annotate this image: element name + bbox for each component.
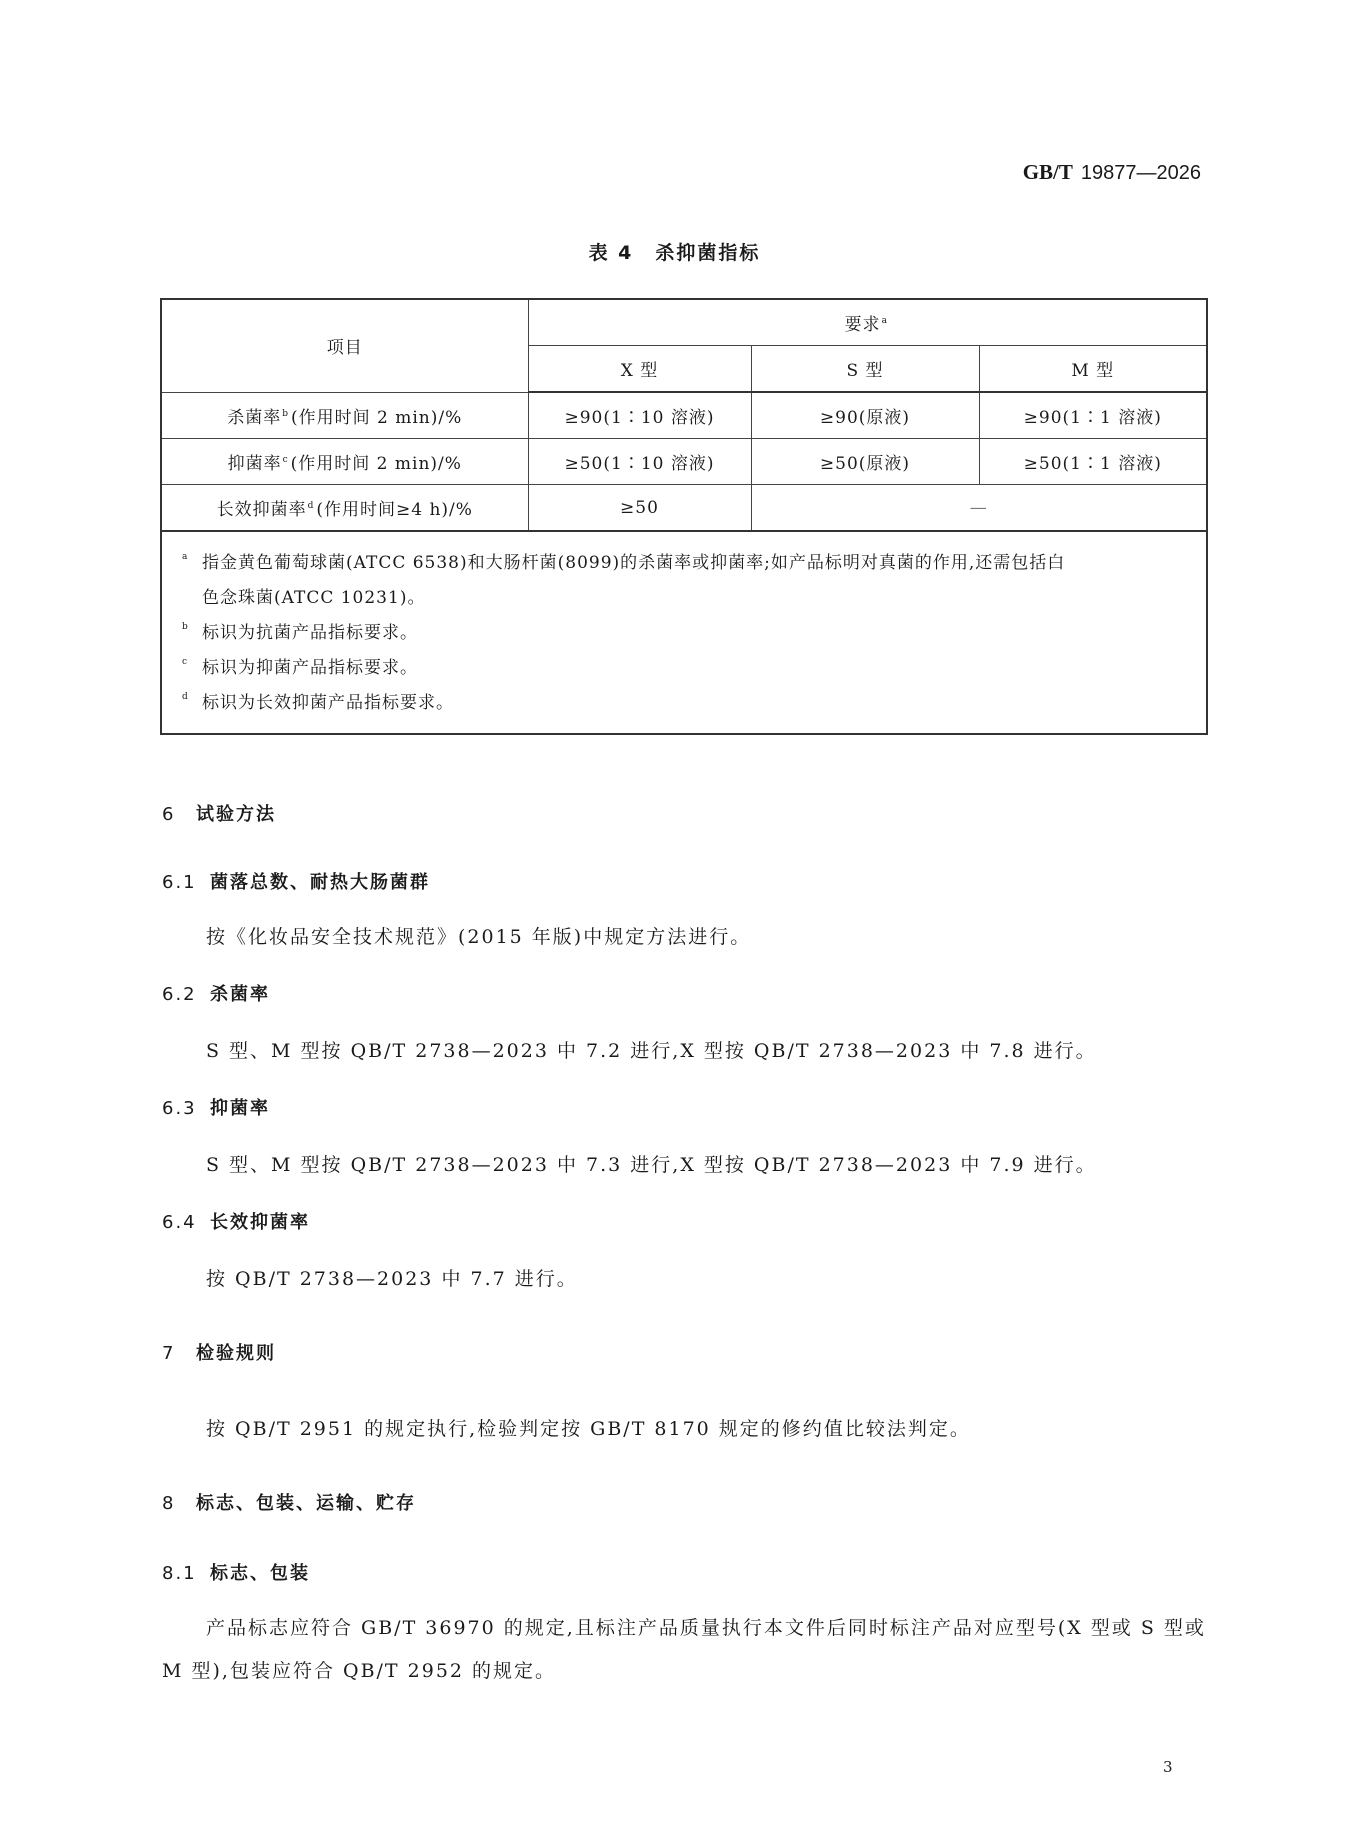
- section-body-6-2: S 型、M 型按 QB/T 2738—2023 中 7.2 进行,X 型按 QB…: [206, 1036, 1097, 1063]
- row-item: 长效抑菌率d(作用时间≥4 h)/%: [161, 485, 528, 532]
- row-item: 抑菌率c(作用时间 2 min)/%: [161, 439, 528, 485]
- standard-number: 19877—2026: [1081, 162, 1201, 184]
- note-d: d标识为长效抑菌产品指标要求。: [202, 686, 1206, 721]
- bactericidal-spec-table: 项目 要求a X 型 S 型 M 型 杀菌率b(作用时间 2 min)/% ≥9…: [160, 298, 1208, 735]
- page-number: 3: [1163, 1758, 1173, 1776]
- table-notes: a指金黄色葡萄球菌(ATCC 6538)和大肠杆菌(8099)的杀菌率或抑菌率;…: [161, 531, 1207, 734]
- cell-s: ≥90(原液): [751, 392, 979, 439]
- section-body-6-4: 按 QB/T 2738—2023 中 7.7 进行。: [206, 1264, 578, 1291]
- section-body-6-3: S 型、M 型按 QB/T 2738—2023 中 7.3 进行,X 型按 QB…: [206, 1150, 1097, 1177]
- note-a: a指金黄色葡萄球菌(ATCC 6538)和大肠杆菌(8099)的杀菌率或抑菌率;…: [202, 546, 1206, 581]
- note-c: c标识为抑菌产品指标要求。: [202, 651, 1206, 686]
- table-row: 抑菌率c(作用时间 2 min)/% ≥50(1∶10 溶液) ≥50(原液) …: [161, 439, 1207, 485]
- cell-x: ≥50: [528, 485, 751, 532]
- header-item: 项目: [161, 299, 528, 392]
- header-requirement: 要求a: [528, 299, 1207, 346]
- section-heading-6-4: 6.4长效抑菌率: [162, 1208, 310, 1234]
- cell-x: ≥50(1∶10 溶液): [528, 439, 751, 485]
- header-type-s: S 型: [751, 346, 979, 393]
- section-heading-6-3: 6.3抑菌率: [162, 1094, 270, 1120]
- section-heading-6: 6试验方法: [162, 800, 276, 826]
- section-body-7: 按 QB/T 2951 的规定执行,检验判定按 GB/T 8170 规定的修约值…: [206, 1414, 971, 1441]
- cell-s: ≥50(原液): [751, 439, 979, 485]
- section-heading-8: 8标志、包装、运输、贮存: [162, 1489, 416, 1515]
- header-type-x: X 型: [528, 346, 751, 393]
- table-row: 长效抑菌率d(作用时间≥4 h)/% ≥50 —: [161, 485, 1207, 532]
- cell-m: ≥90(1∶1 溶液): [979, 392, 1207, 439]
- table-caption: 表 4杀抑菌指标: [0, 238, 1349, 265]
- section-heading-6-2: 6.2杀菌率: [162, 980, 270, 1006]
- section-heading-6-1: 6.1菌落总数、耐热大肠菌群: [162, 868, 430, 894]
- standard-code: GB/T19877—2026: [1023, 160, 1201, 185]
- note-b: b标识为抗菌产品指标要求。: [202, 616, 1206, 651]
- section-body-8-1: 产品标志应符合 GB/T 36970 的规定,且标注产品质量执行本文件后同时标注…: [162, 1607, 1212, 1693]
- section-body-6-1: 按《化妆品安全技术规范》(2015 年版)中规定方法进行。: [206, 922, 751, 949]
- cell-sm-merged: —: [751, 485, 1207, 532]
- note-a-cont: 色念珠菌(ATCC 10231)。: [202, 581, 1206, 616]
- table-caption-title: 杀抑菌指标: [655, 242, 760, 264]
- cell-x: ≥90(1∶10 溶液): [528, 392, 751, 439]
- table-row: 杀菌率b(作用时间 2 min)/% ≥90(1∶10 溶液) ≥90(原液) …: [161, 392, 1207, 439]
- row-item: 杀菌率b(作用时间 2 min)/%: [161, 392, 528, 439]
- section-heading-8-1: 8.1标志、包装: [162, 1559, 310, 1585]
- section-heading-7: 7检验规则: [162, 1339, 276, 1365]
- cell-m: ≥50(1∶1 溶液): [979, 439, 1207, 485]
- table-caption-number: 表 4: [589, 242, 634, 264]
- standard-prefix: GB/T: [1023, 160, 1073, 184]
- header-type-m: M 型: [979, 346, 1207, 393]
